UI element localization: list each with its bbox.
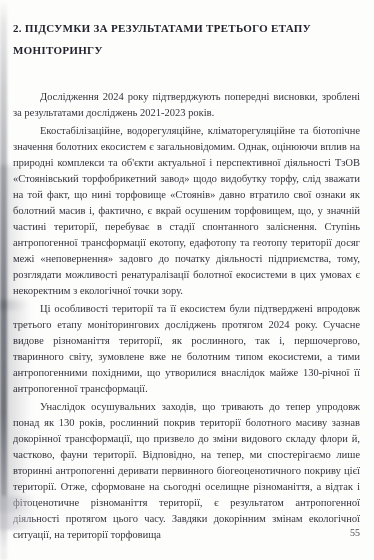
section-heading: 2. ПІДСУМКИ ЗА РЕЗУЛЬТАТАМИ ТРЕТЬОГО ЕТА… [13, 18, 365, 62]
section-heading-line2: МОНІТОРИНГУ [13, 40, 365, 62]
section-heading-line1: 2. ПІДСУМКИ ЗА РЕЗУЛЬТАТАМИ ТРЕТЬОГО ЕТА… [13, 18, 365, 40]
document-page: 2. ПІДСУМКИ ЗА РЕЗУЛЬТАТАМИ ТРЕТЬОГО ЕТА… [0, 0, 374, 560]
page-number: 55 [350, 528, 360, 539]
paragraph-2: Екостабілізаційне, водорегуляційне, клім… [13, 124, 360, 300]
scan-shadow-left-edge [0, 0, 7, 560]
paragraph-4: Унаслідок осушувальних заходів, що трива… [13, 400, 360, 544]
body-text: Дослідження 2024 року підтверджують попе… [13, 90, 360, 546]
paragraph-3: Ці особливості території та її екосистем… [13, 302, 360, 398]
paragraph-1: Дослідження 2024 року підтверджують попе… [13, 90, 360, 122]
